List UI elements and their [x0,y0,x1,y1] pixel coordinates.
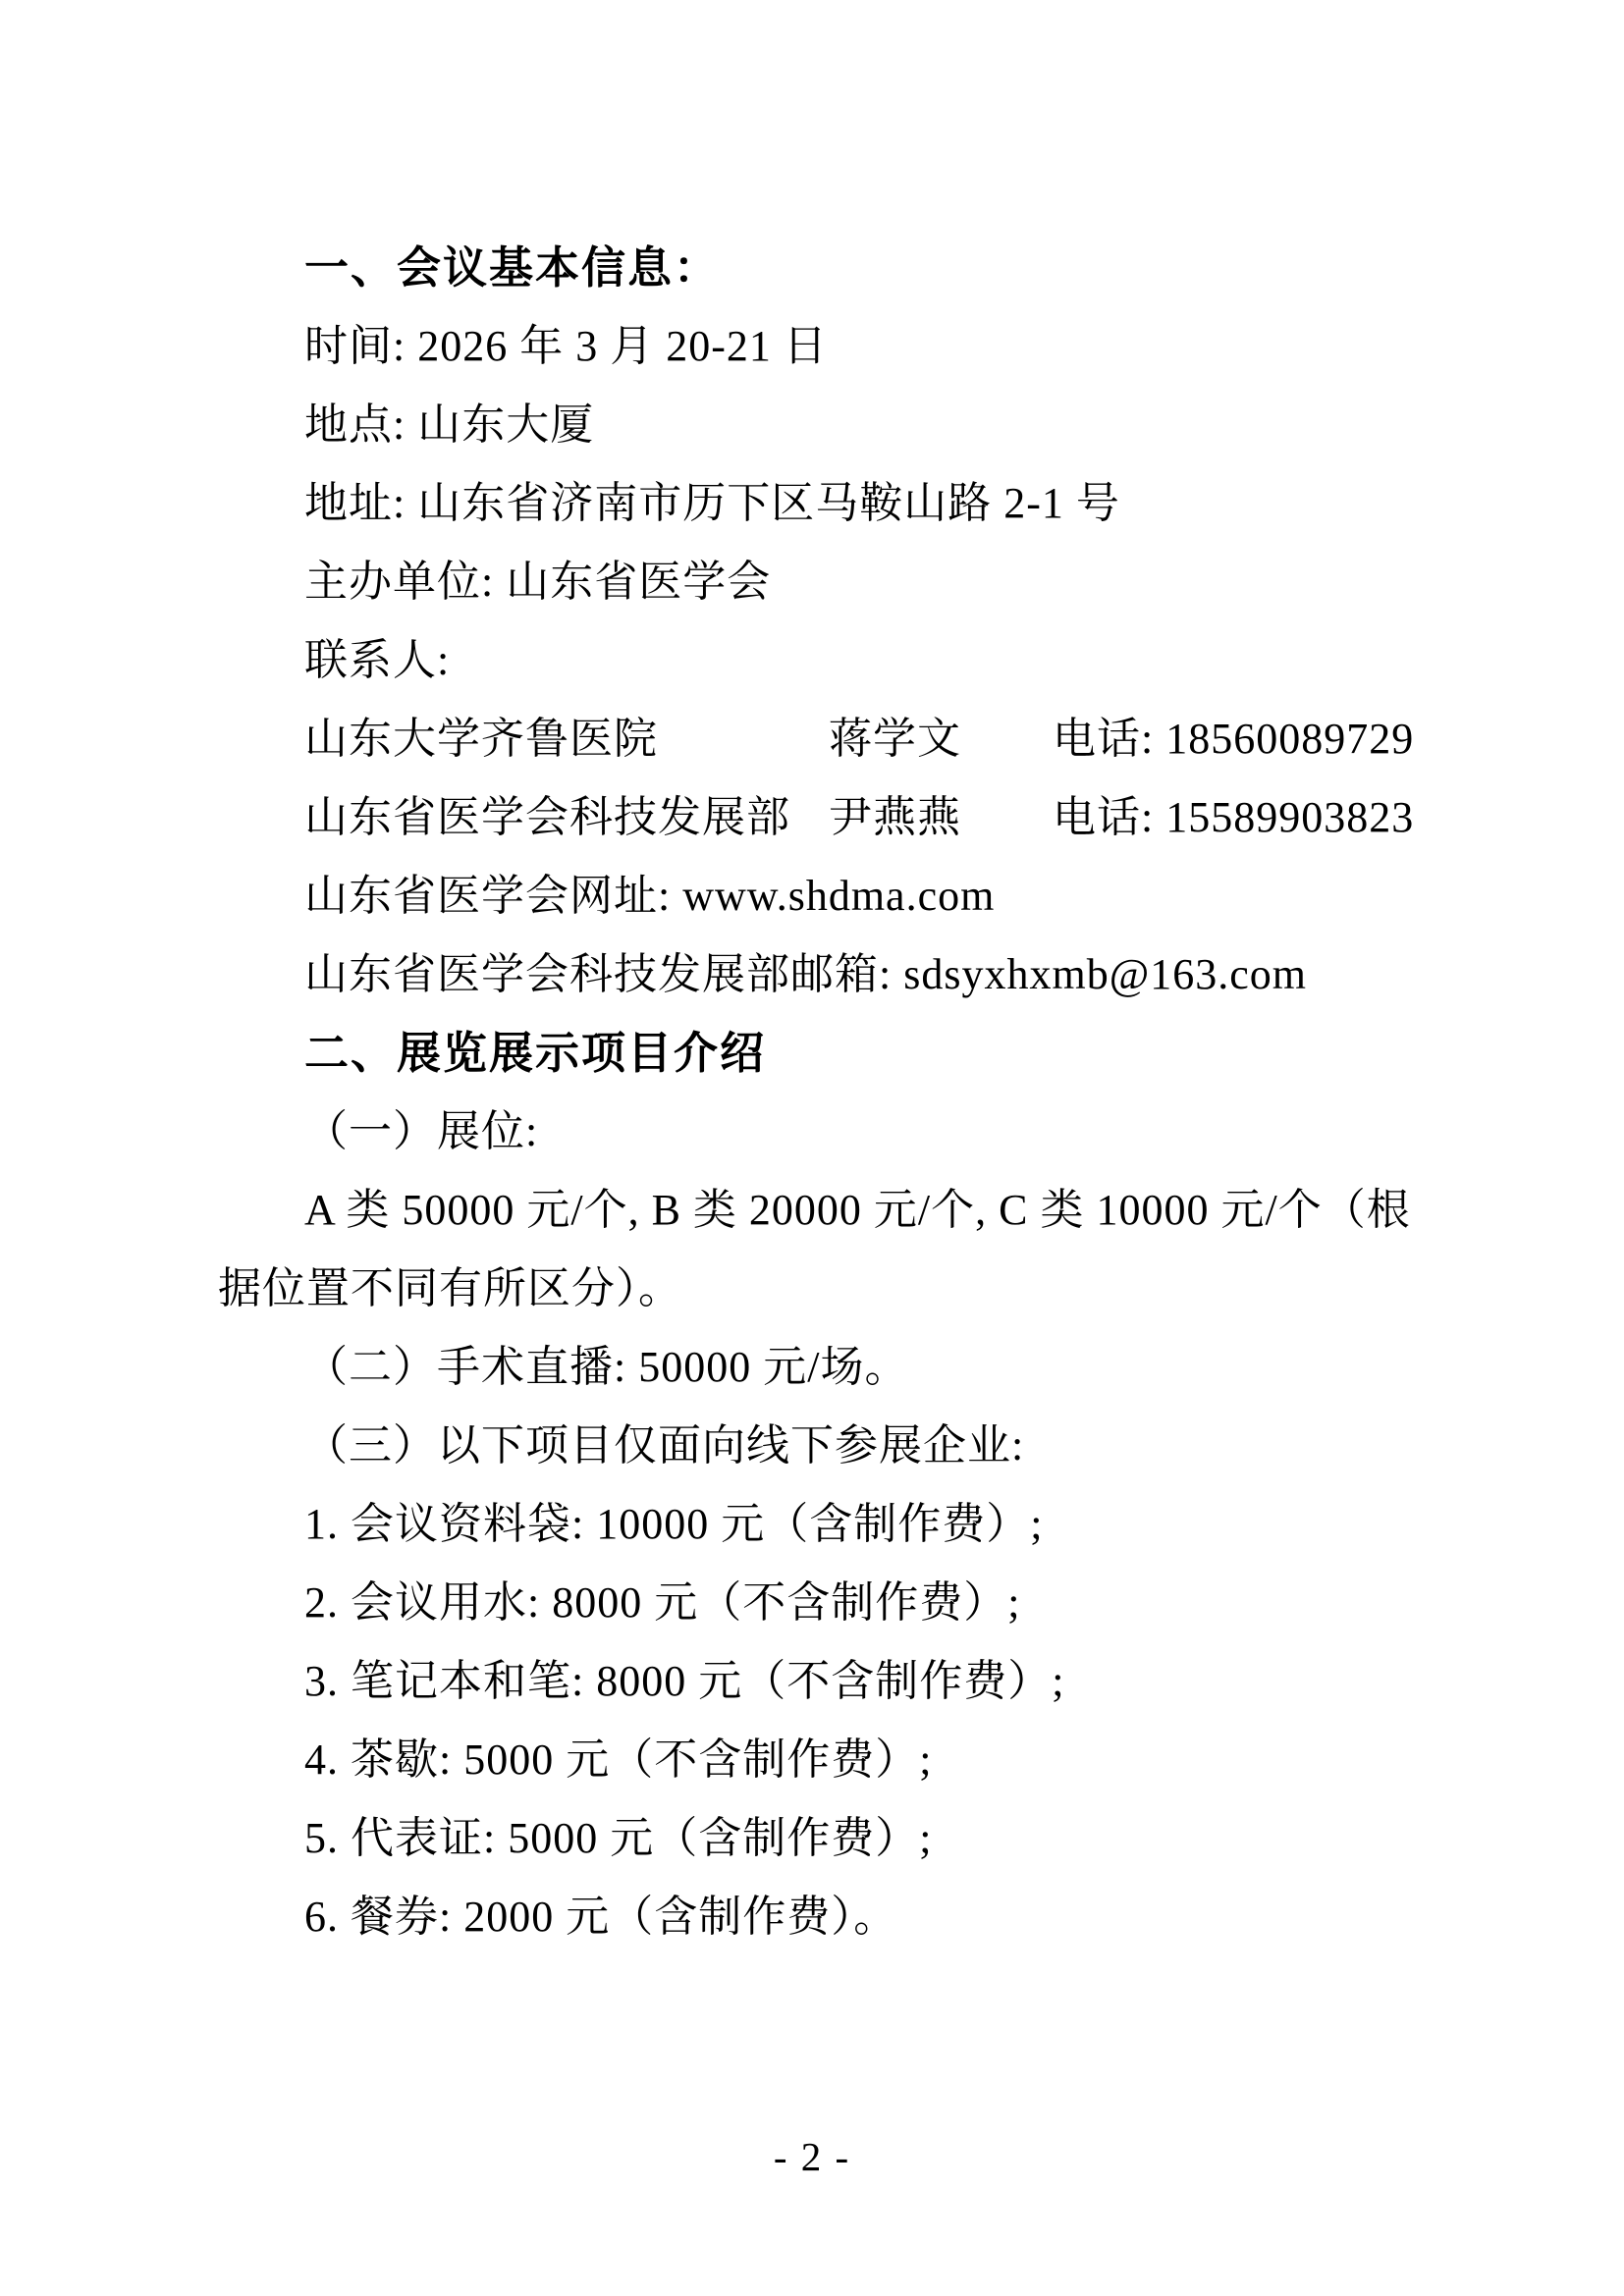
page-number: - 2 - [0,2127,1624,2186]
contact-1-organization: 山东大学齐鲁医院 [304,700,829,778]
surgery-live-line: （二）手术直播: 50000 元/场。 [218,1328,1408,1407]
meeting-venue-line: 地点: 山东大厦 [218,386,1408,464]
contact-2-phone: 电话: 15589903823 [1053,778,1414,857]
offline-item-1: 1. 会议资料袋: 10000 元（含制作费）; [218,1485,1408,1564]
email-line: 山东省医学会科技发展部邮箱: sdsyxhxmb@163.com [218,935,1408,1014]
booth-price-line-1: A 类 50000 元/个, B 类 20000 元/个, C 类 10000 … [218,1171,1408,1250]
offline-item-6: 6. 餐券: 2000 元（含制作费）。 [218,1878,1408,1956]
offline-item-5: 5. 代表证: 5000 元（含制作费）; [218,1799,1408,1878]
contact-2-name: 尹燕燕 [829,778,1053,857]
offline-item-2: 2. 会议用水: 8000 元（不含制作费）; [218,1564,1408,1642]
document-page: 一、会议基本信息： 时间: 2026 年 3 月 20-21 日 地点: 山东大… [0,0,1624,2296]
offline-item-4: 4. 茶歇: 5000 元（不含制作费）; [218,1721,1408,1799]
booth-label-line: （一）展位: [218,1093,1408,1171]
offline-intro-line: （三）以下项目仅面向线下参展企业: [218,1407,1408,1485]
organizer-line: 主办单位: 山东省医学会 [218,543,1408,621]
meeting-time-line: 时间: 2026 年 3 月 20-21 日 [218,307,1408,386]
website-line: 山东省医学会网址: www.shdma.com [218,857,1408,935]
contact-row-1: 山东大学齐鲁医院 蒋学文 电话: 18560089729 [218,700,1408,778]
contact-1-name: 蒋学文 [829,700,1053,778]
offline-item-3: 3. 笔记本和笔: 8000 元（不含制作费）; [218,1642,1408,1721]
section2-heading: 二、展览展示项目介绍 [218,1014,1408,1093]
contact-2-organization: 山东省医学会科技发展部 [304,778,829,857]
document-content: 一、会议基本信息： 时间: 2026 年 3 月 20-21 日 地点: 山东大… [218,229,1408,1956]
contacts-label: 联系人: [218,621,1408,700]
contact-1-phone: 电话: 18560089729 [1053,700,1414,778]
booth-price-line-2: 据位置不同有所区分）。 [218,1250,1408,1328]
meeting-address-line: 地址: 山东省济南市历下区马鞍山路 2-1 号 [218,464,1408,543]
contact-row-2: 山东省医学会科技发展部 尹燕燕 电话: 15589903823 [218,778,1408,857]
section1-heading: 一、会议基本信息： [218,229,1408,307]
